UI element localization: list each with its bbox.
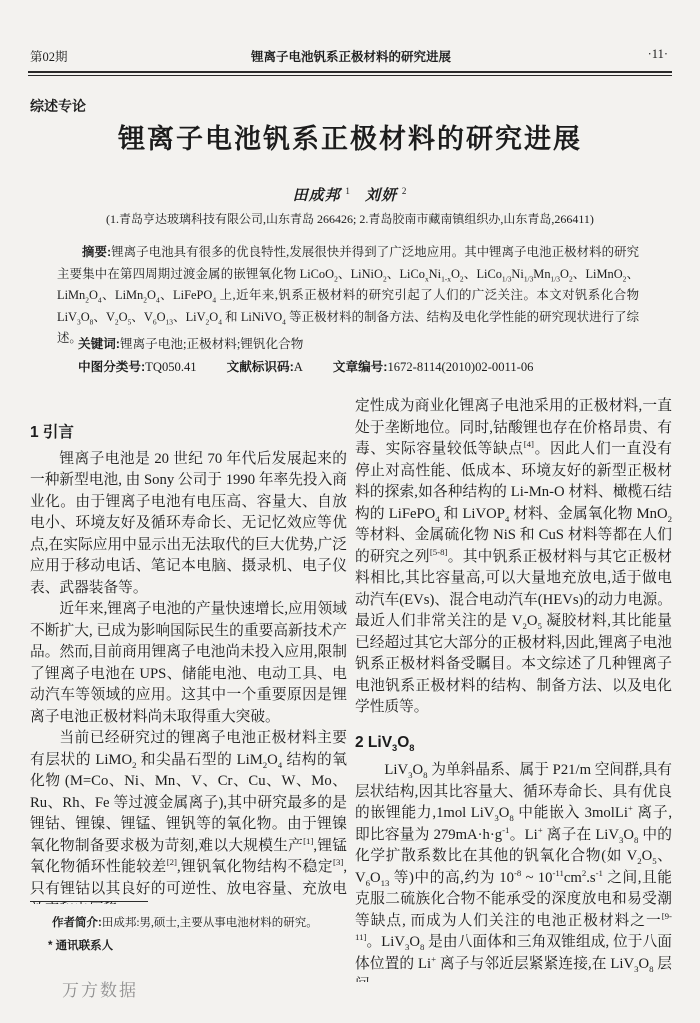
abstract-label: 摘要: <box>82 245 111 259</box>
authors-line: 田成邦 1 刘妍 2 <box>0 184 700 205</box>
intro-heading: 1 引言 <box>30 422 347 444</box>
correspondence-note: * 通讯联系人 <box>30 936 340 956</box>
left-column: 1 引言 锂离子电池是 20 世纪 70 年代后发展起来的一种新型电池, 由 S… <box>30 422 347 904</box>
intro-paragraph-1: 锂离子电池是 20 世纪 70 年代后发展起来的一种新型电池, 由 Sony 公… <box>30 449 347 600</box>
intro-paragraph-3: 当前已经研究过的锂离子电池正极材料主要有层状的 LiMO2 和尖晶石型的 LiM… <box>30 728 347 904</box>
keywords-label: 关键词: <box>78 337 120 351</box>
doc-code-segment: 文献标识码:A <box>227 360 303 374</box>
right-column: 定性成为商业化锂离子电池采用的正极材料,一直处于垄断地位。同时,钴酸锂也存在价格… <box>355 396 672 982</box>
article-title: 锂离子电池钒系正极材料的研究进展 <box>0 117 700 156</box>
article-id-label: 文章编号: <box>333 360 388 374</box>
affiliation-line: (1.青岛亨达玻璃科技有限公司,山东青岛 266426; 2.青岛胶南市藏南镇组… <box>0 210 700 227</box>
doc-code-label: 文献标识码: <box>227 360 294 374</box>
clc-label: 中图分类号: <box>78 360 145 374</box>
keywords-text: 锂离子电池;正极材料;锂钒化合物 <box>120 337 303 351</box>
clc-value: TQ050.41 <box>145 360 196 374</box>
author-bio-label: 作者简介: <box>52 917 102 929</box>
liv3o8-heading: 2 LiV3O8 <box>355 732 672 754</box>
article-id-segment: 文章编号:1672-8114(2010)02-0011-06 <box>333 360 534 374</box>
footnote-rule <box>30 901 148 902</box>
liv3o8-paragraph: LiV3O8 为单斜晶系、属于 P21/m 空间群,具有层状结构,因其比容量大、… <box>355 760 672 982</box>
abstract-text: 锂离子电池具有很多的优良特性,发展很快并得到了广泛地应用。其中锂离子电池正极材料… <box>57 245 639 345</box>
running-title: 锂离子电池钒系正极材料的研究进展 <box>30 47 672 65</box>
keywords-line: 关键词:锂离子电池;正极材料;锂钒化合物 <box>78 333 303 352</box>
section-label: 综述专论 <box>30 96 86 116</box>
header-double-rule <box>28 71 672 76</box>
wanfang-watermark: 万方数据 <box>62 976 138 1001</box>
classification-line: 中图分类号:TQ050.41文献标识码:A文章编号:1672-8114(2010… <box>78 356 533 375</box>
author-bio-text: 田成邦:男,硕士,主要从事电池材料的研究。 <box>102 917 318 929</box>
footnote-block: 作者简介:田成邦:男,硕士,主要从事电池材料的研究。 * 通讯联系人 <box>30 901 340 956</box>
page-number: ·11· <box>648 47 668 62</box>
journal-page: 第02期 锂离子电池钒系正极材料的研究进展 ·11· 综述专论 锂离子电池钒系正… <box>0 0 700 1023</box>
article-id-value: 1672-8114(2010)02-0011-06 <box>387 360 533 374</box>
doc-code-value: A <box>294 360 303 374</box>
intro-paragraph-2: 近年来,锂离子电池的产量快速增长,应用领域不断扩大, 已成为影响国际民生的重要高… <box>30 599 347 728</box>
clc-segment: 中图分类号:TQ050.41 <box>78 360 197 374</box>
page-header: 第02期 锂离子电池钒系正极材料的研究进展 ·11· <box>30 47 672 63</box>
intro-paragraph-3-continued: 定性成为商业化锂离子电池采用的正极材料,一直处于垄断地位。同时,钴酸锂也存在价格… <box>355 396 672 719</box>
author-bio: 作者简介:田成邦:男,硕士,主要从事电池材料的研究。 <box>30 913 340 933</box>
